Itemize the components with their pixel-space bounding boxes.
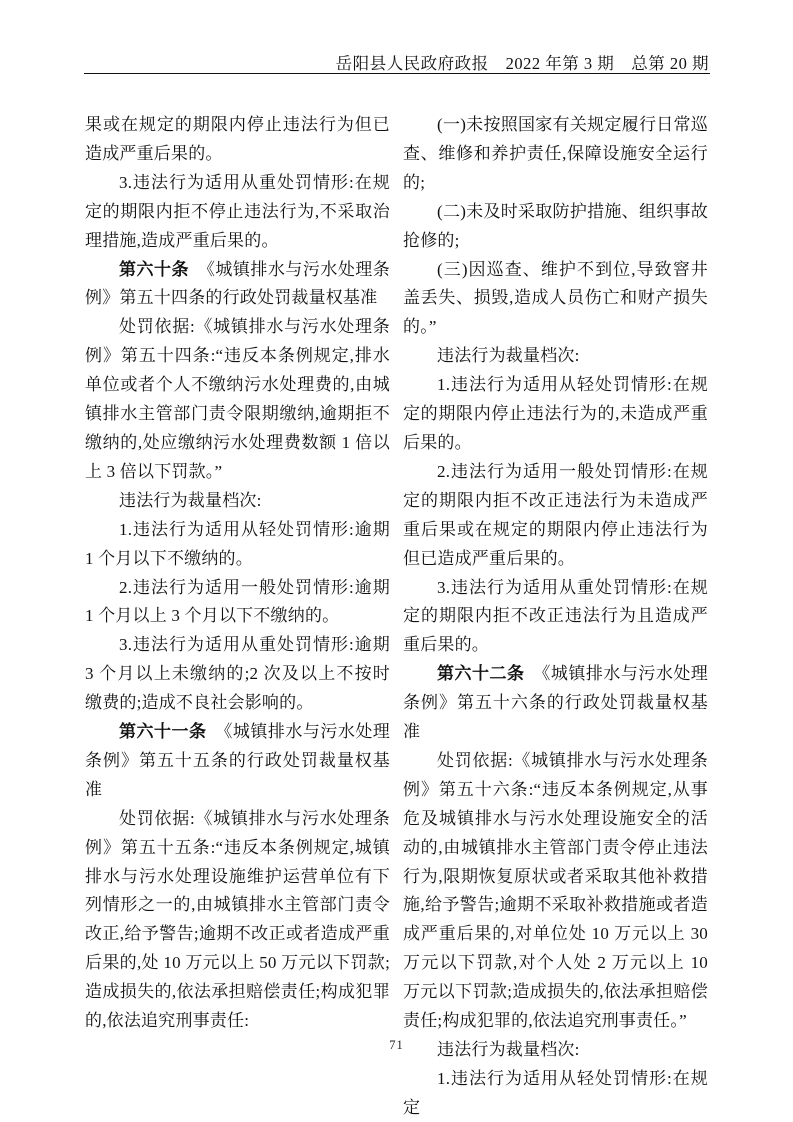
body-paragraph: 2.违法行为适用一般处罚情形:在规定的期限内拒不改正违法行为未造成严重后果或在规… xyxy=(403,458,708,574)
body-paragraph: 处罚依据:《城镇排水与污水处理条例》第五十四条:“违反本条例规定,排水单位或者个… xyxy=(85,313,390,486)
page-header-title: 岳阳县人民政府政报 2022 年第 3 期 总第 20 期 xyxy=(336,50,709,74)
body-paragraph: 处罚依据:《城镇排水与污水处理条例》第五十五条:“违反本条例规定,城镇排水与污水… xyxy=(85,805,390,1036)
body-paragraph: 3.违法行为适用从重处罚情形:在规定的期限内拒不改正违法行为且造成严重后果的。 xyxy=(403,574,708,661)
article-number: 第六十条 xyxy=(119,260,189,279)
right-column: (一)未按照国家有关规定履行日常巡查、维修和养护责任,保障设施安全运行的;(二)… xyxy=(403,111,708,1122)
article-number: 第六十二条 xyxy=(437,664,524,683)
body-paragraph: 2.违法行为适用一般处罚情形:逾期 1 个月以上 3 个月以下不缴纳的。 xyxy=(85,574,390,632)
body-paragraph: 违法行为裁量档次: xyxy=(85,487,390,516)
page-number: 71 xyxy=(0,1038,793,1053)
article-heading-paragraph: 第六十二条 《城镇排水与污水处理条例》第五十六条的行政处罚裁量权基准 xyxy=(403,660,708,747)
body-paragraph: (一)未按照国家有关规定履行日常巡查、维修和养护责任,保障设施安全运行的; xyxy=(403,111,708,198)
header-rule xyxy=(84,73,710,74)
article-heading-paragraph: 第六十条 《城镇排水与污水处理条例》第五十四条的行政处罚裁量权基准 xyxy=(85,256,390,314)
body-paragraph: 果或在规定的期限内停止违法行为但已造成严重后果的。 xyxy=(85,111,390,169)
body-paragraph: 1.违法行为适用从轻处罚情形:在规定 xyxy=(403,1065,708,1122)
body-paragraph: 违法行为裁量档次: xyxy=(403,342,708,371)
article-number: 第六十一条 xyxy=(119,722,206,741)
article-heading-paragraph: 第六十一条 《城镇排水与污水处理条例》第五十五条的行政处罚裁量权基准 xyxy=(85,718,390,805)
gazette-page: 岳阳县人民政府政报 2022 年第 3 期 总第 20 期 果或在规定的期限内停… xyxy=(0,0,793,1122)
body-paragraph: (三)因巡查、维护不到位,导致窨井盖丢失、损毁,造成人员伤亡和财产损失的。” xyxy=(403,256,708,343)
left-column: 果或在规定的期限内停止违法行为但已造成严重后果的。3.违法行为适用从重处罚情形:… xyxy=(85,111,390,1122)
body-paragraph: 3.违法行为适用从重处罚情形:在规定的期限内拒不停止违法行为,不采取治理措施,造… xyxy=(85,169,390,256)
two-column-body: 果或在规定的期限内停止违法行为但已造成严重后果的。3.违法行为适用从重处罚情形:… xyxy=(85,111,708,1122)
body-paragraph: 3.违法行为适用从重处罚情形:逾期 3 个月以上未缴纳的;2 次及以上不按时缴费… xyxy=(85,631,390,718)
body-paragraph: (二)未及时采取防护措施、组织事故抢修的; xyxy=(403,198,708,256)
body-paragraph: 1.违法行为适用从轻处罚情形:在规定的期限内停止违法行为的,未造成严重后果的。 xyxy=(403,371,708,458)
body-paragraph: 1.违法行为适用从轻处罚情形:逾期 1 个月以下不缴纳的。 xyxy=(85,516,390,574)
body-paragraph: 处罚依据:《城镇排水与污水处理条例》第五十六条:“违反本条例规定,从事危及城镇排… xyxy=(403,747,708,1036)
